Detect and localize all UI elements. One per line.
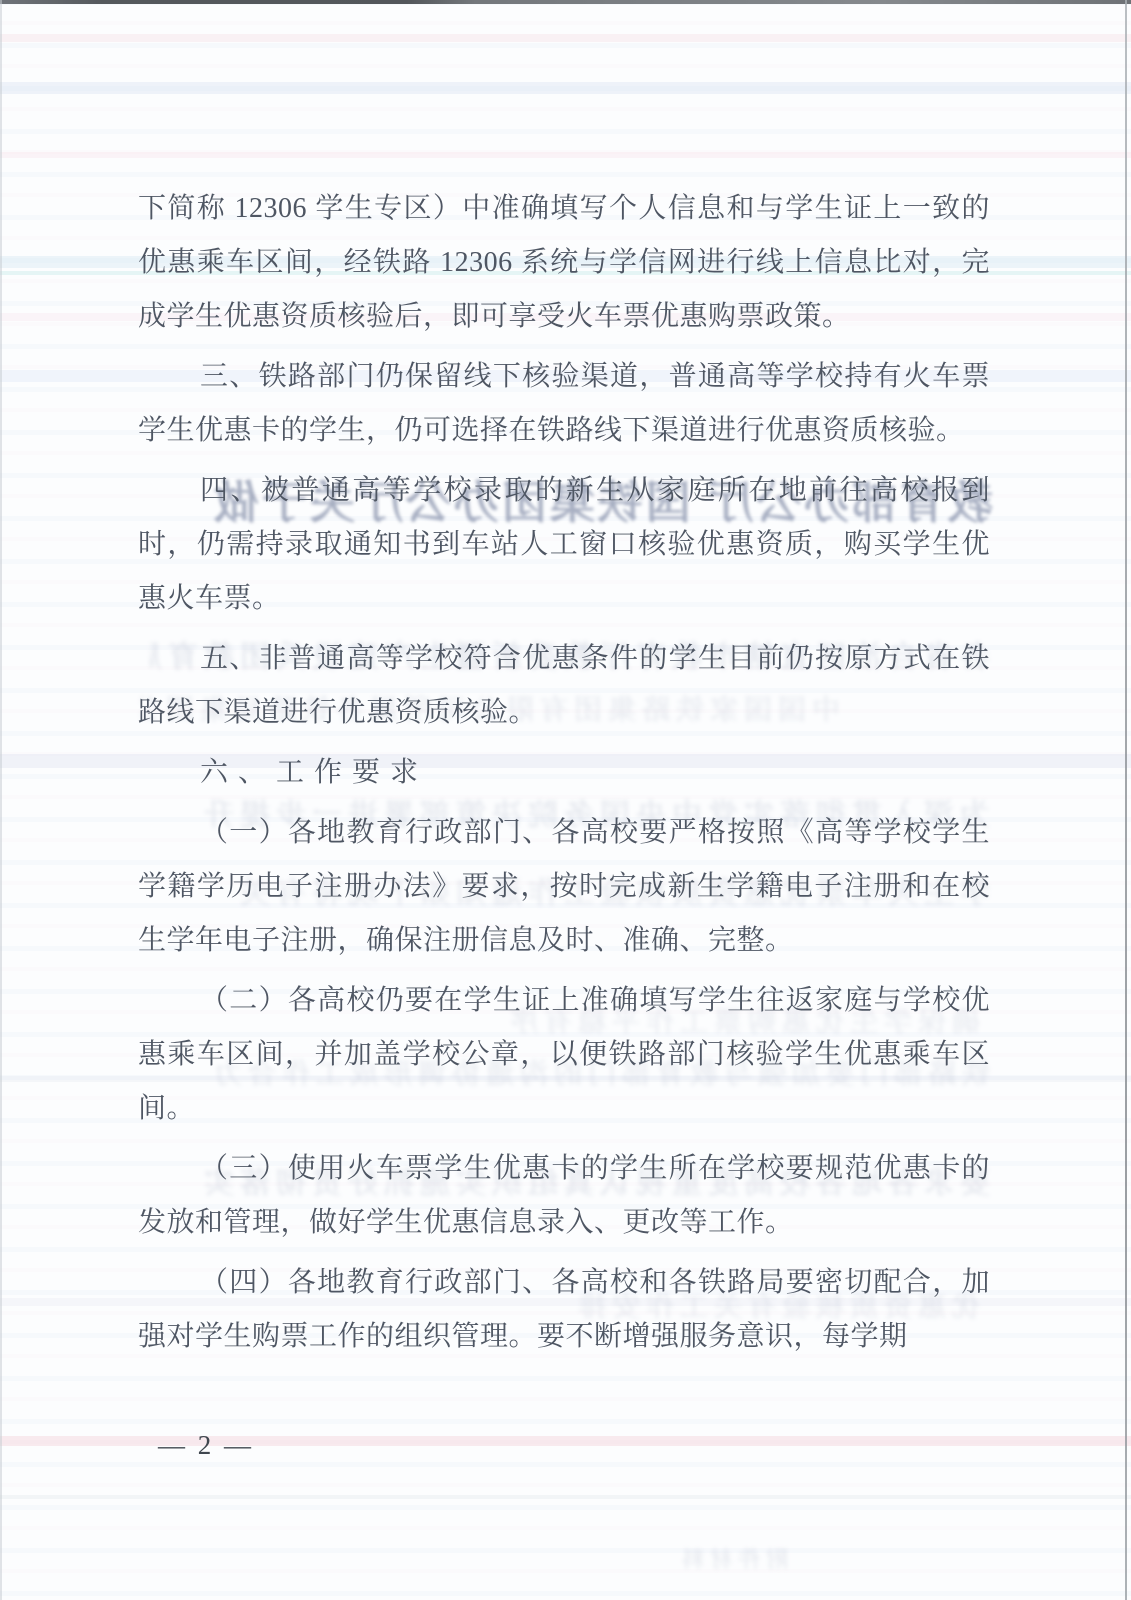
scan-top-edge-shadow bbox=[0, 0, 1131, 4]
paragraph: 六、工作要求 bbox=[138, 746, 990, 800]
scanned-document-page: 教育部办公厅 国铁集团办公厅关于做 各省自治区直辖市教育厅教委新疆生产建设兵团教… bbox=[0, 0, 1131, 1600]
scan-streak bbox=[0, 1495, 1131, 1499]
paragraph: 三、铁路部门仍保留线下核验渠道，普通高等学校持有火车票学生优惠卡的学生，仍可选择… bbox=[138, 350, 990, 458]
paragraph: 四、被普通高等学校录取的新生从家庭所在地前往高校报到时，仍需持录取通知书到车站人… bbox=[138, 464, 990, 626]
document-body: 下简称 12306 学生专区）中准确填写个人信息和与学生证上一致的优惠乘车区间，… bbox=[138, 182, 990, 1364]
paragraph: 下简称 12306 学生专区）中准确填写个人信息和与学生证上一致的优惠乘车区间，… bbox=[138, 182, 990, 344]
scan-left-edge-shadow bbox=[0, 0, 2, 1600]
scan-streak bbox=[0, 152, 1131, 158]
page-number: — 2 — bbox=[158, 1430, 254, 1461]
bleedthrough-line-text: 附件材料 bbox=[648, 1543, 788, 1574]
paragraph: （三）使用火车票学生优惠卡的学生所在学校要规范优惠卡的发放和管理，做好学生优惠信… bbox=[138, 1142, 990, 1250]
paragraph: （一）各地教育行政部门、各高校要严格按照《高等学校学生学籍学历电子注册办法》要求… bbox=[138, 806, 990, 968]
paragraph: （二）各高校仍要在学生证上准确填写学生往返家庭与学校优惠乘车区间，并加盖学校公章… bbox=[138, 974, 990, 1136]
paragraph: （四）各地教育行政部门、各高校和各铁路局要密切配合，加强对学生购票工作的组织管理… bbox=[138, 1256, 990, 1364]
paragraph: 五、非普通高等学校符合优惠条件的学生目前仍按原方式在铁路线下渠道进行优惠资质核验… bbox=[138, 632, 990, 740]
scan-streak bbox=[0, 82, 1131, 94]
scan-streak bbox=[0, 34, 1131, 42]
scan-right-edge-shadow bbox=[1125, 0, 1127, 1600]
